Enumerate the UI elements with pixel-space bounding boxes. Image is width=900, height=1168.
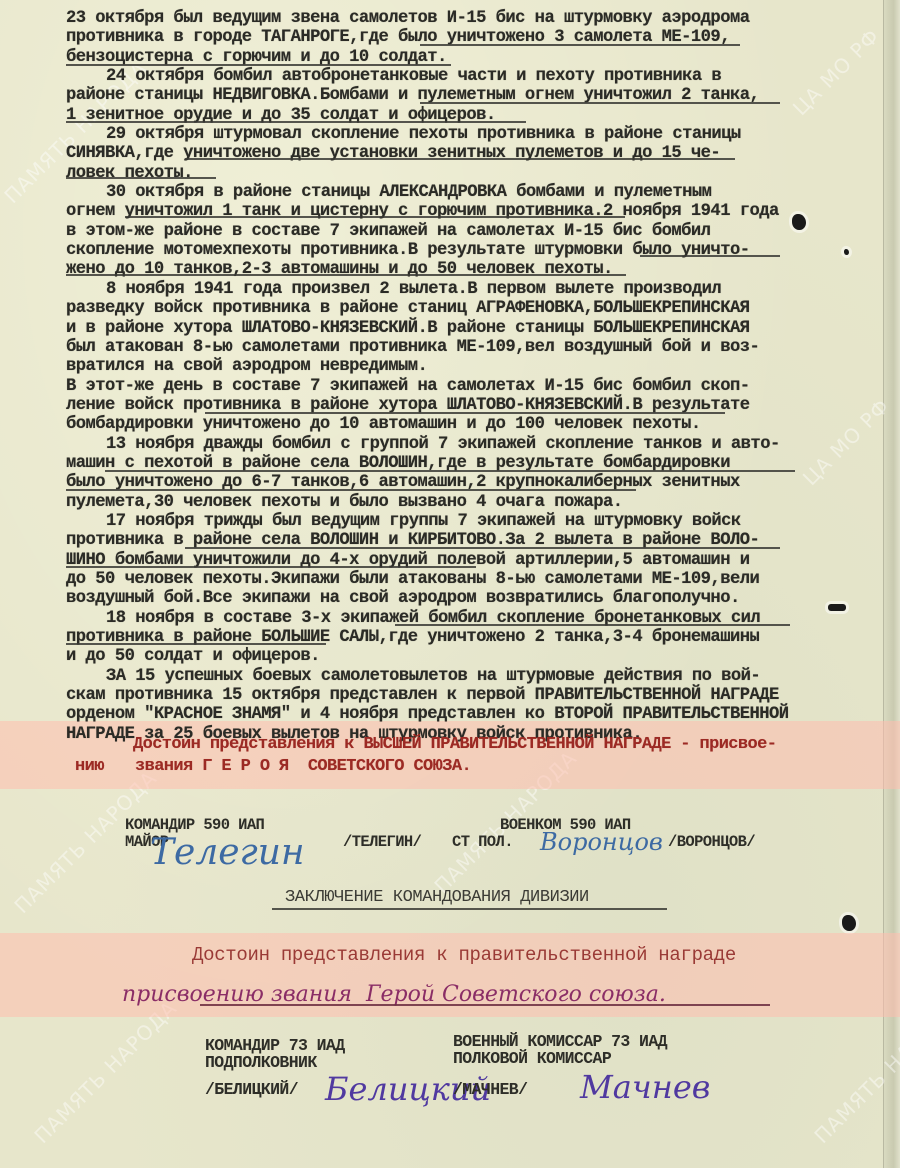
regiment-conclusion-line1: Достоин представления к ВЫСШЕЙ ПРАВИТЕЛЬ… bbox=[133, 735, 776, 754]
document-body: 23 октября был ведущим звена самолетов И… bbox=[66, 9, 806, 744]
punch-hole bbox=[844, 249, 849, 255]
body-line: 23 октября был ведущим звена самолетов И… bbox=[66, 9, 806, 28]
division-commander-title: КОМАНДИР 73 ИАД bbox=[205, 1037, 345, 1054]
handwritten-underline bbox=[200, 1004, 770, 1006]
pencil-underline bbox=[66, 566, 476, 568]
body-line: 29 октября штурмовал скопление пехоты пр… bbox=[66, 125, 806, 144]
body-line: воздушный бой.Все экипажи на свой аэродр… bbox=[66, 589, 806, 608]
body-line: 17 ноября трижды был ведущим группы 7 эк… bbox=[66, 512, 806, 531]
body-line: и в районе хутора ШЛАТОВО-КНЯЗЕВСКИЙ.В р… bbox=[66, 319, 806, 338]
pencil-underline bbox=[125, 216, 625, 218]
body-line: 24 октября бомбил автобронетанковые част… bbox=[66, 67, 806, 86]
body-line: скопление мотомехпехоты противника.В рез… bbox=[66, 241, 806, 260]
pencil-underline bbox=[640, 255, 780, 257]
pencil-underline bbox=[420, 44, 740, 46]
division-commissar-signature: Мачнев bbox=[580, 1068, 710, 1106]
body-line: жено до 10 танков,2-3 автомашины и до 50… bbox=[66, 260, 806, 279]
body-line: ловек пехоты. bbox=[66, 164, 806, 183]
pencil-underline bbox=[420, 102, 780, 104]
commissar-signature: Воронцов bbox=[540, 828, 663, 856]
body-line: и до 50 солдат и офицеров. bbox=[66, 647, 806, 666]
pencil-underline bbox=[66, 489, 636, 491]
regiment-conclusion-line2: звания Г Е Р О Я СОВЕТСКОГО СОЮЗА. bbox=[135, 757, 471, 776]
body-line: до 50 человек пехоты.Экипажи были атаков… bbox=[66, 570, 806, 589]
body-line: огнем уничтожил 1 танк и цистерну с горю… bbox=[66, 202, 806, 221]
division-commander-name: /БЕЛИЦКИЙ/ bbox=[205, 1081, 298, 1098]
commissar-rank: СТ ПОЛ. bbox=[452, 834, 513, 851]
division-conclusion-typed: Достоин представления к правительственно… bbox=[192, 944, 736, 966]
division-commissar-title: ВОЕННЫЙ КОМИССАР 73 ИАД bbox=[453, 1033, 667, 1050]
pencil-underline bbox=[185, 158, 735, 160]
division-commander-rank: ПОДПОЛКОВНИК bbox=[205, 1054, 317, 1071]
body-line: СИНЯВКА,где уничтожено две установки зен… bbox=[66, 144, 806, 163]
body-line: бомбардировки уничтожено до 10 автомашин… bbox=[66, 415, 806, 434]
pencil-underline bbox=[66, 64, 451, 66]
pencil-underline bbox=[66, 643, 326, 645]
body-line: 8 ноября 1941 года произвел 2 вылета.В п… bbox=[66, 280, 806, 299]
pencil-underline bbox=[205, 412, 725, 414]
division-commissar-rank: ПОЛКОВОЙ КОМИССАР bbox=[453, 1050, 611, 1067]
body-line: пулемета,30 человек пехоты и было вызван… bbox=[66, 493, 806, 512]
pencil-underline bbox=[395, 624, 790, 626]
pencil-underline bbox=[66, 274, 626, 276]
body-line: был атакован 8-ью самолетами противника … bbox=[66, 338, 806, 357]
pencil-underline bbox=[105, 470, 795, 472]
title-underline bbox=[272, 908, 667, 910]
pencil-underline bbox=[66, 121, 526, 123]
body-line: 13 ноября дважды бомбил с группой 7 экип… bbox=[66, 435, 806, 454]
body-line: орденом "КРАСНОЕ ЗНАМЯ" и 4 ноября предс… bbox=[66, 705, 806, 724]
pencil-underline bbox=[185, 547, 780, 549]
commissar-name: /ВОРОНЦОВ/ bbox=[668, 834, 755, 851]
body-line: разведку войск противника в районе стани… bbox=[66, 299, 806, 318]
commander-signature: Телегин bbox=[150, 832, 305, 873]
regiment-conclusion-prefix: нию bbox=[75, 757, 104, 776]
body-line: скам противника 15 октября представлен к… bbox=[66, 686, 806, 705]
body-line: ЗА 15 успешных боевых самолетовылетов на… bbox=[66, 667, 806, 686]
body-line: 30 октября в районе станицы АЛЕКСАНДРОВК… bbox=[66, 183, 806, 202]
division-commissar-name: /МАЧНЕВ/ bbox=[453, 1081, 527, 1098]
commander-name: /ТЕЛЕГИН/ bbox=[343, 834, 421, 851]
body-line: вратился на свой аэродром невредимым. bbox=[66, 357, 806, 376]
pencil-underline bbox=[66, 177, 216, 179]
body-line: в этом-же районе в составе 7 экипажей на… bbox=[66, 222, 806, 241]
body-line: В этот-же день в составе 7 экипажей на с… bbox=[66, 377, 806, 396]
division-conclusion-title: ЗАКЛЮЧЕНИЕ КОМАНДОВАНИЯ ДИВИЗИИ bbox=[285, 888, 589, 907]
punch-hole bbox=[828, 604, 846, 611]
punch-hole bbox=[842, 915, 856, 931]
